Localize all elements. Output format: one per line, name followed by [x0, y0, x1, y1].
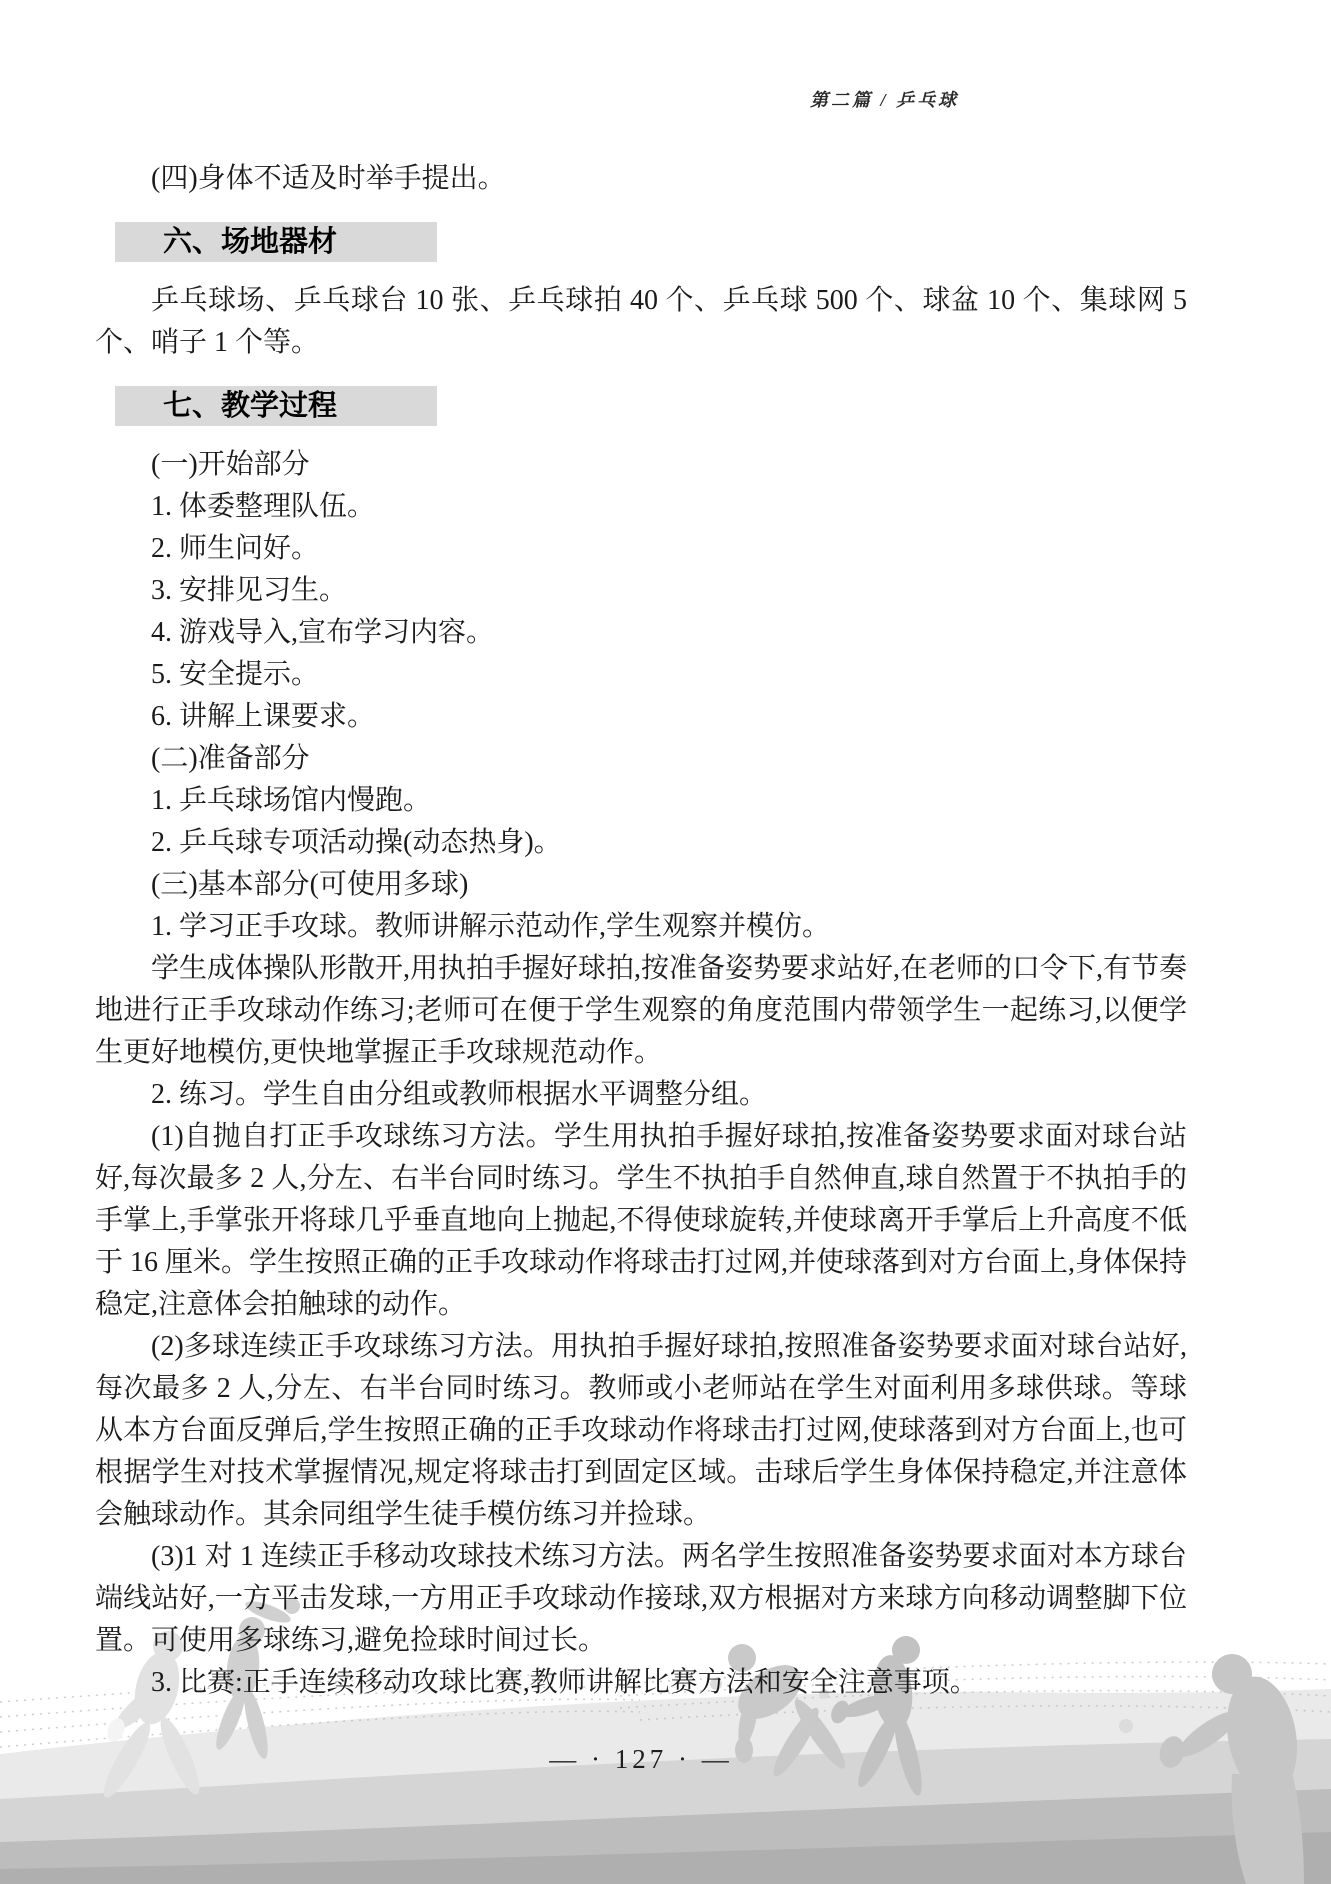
paragraph: 2. 练习。学生自由分组或教师根据水平调整分组。 — [95, 1074, 1187, 1116]
paragraph: 3. 比赛:正手连续移动攻球比赛,教师讲解比赛方法和安全注意事项。 — [95, 1662, 1187, 1704]
paragraph: (3)1 对 1 连续正手移动攻球技术练习方法。两名学生按照准备姿势要求面对本方… — [95, 1536, 1187, 1662]
page-body: (四)身体不适及时举手提出。 六、场地器材 乒乓球场、乒乓球台 10 张、乒乓球… — [95, 148, 1187, 1704]
paragraph: (二)准备部分 — [95, 738, 1187, 780]
paragraph: 学生成体操队形散开,用执拍手握好球拍,按准备姿势要求站好,在老师的口令下,有节奏… — [95, 948, 1187, 1074]
paragraph: 3. 安排见习生。 — [95, 570, 1187, 612]
paragraph: 6. 讲解上课要求。 — [95, 696, 1187, 738]
paragraph: (一)开始部分 — [95, 444, 1187, 486]
paragraph: 4. 游戏导入,宣布学习内容。 — [95, 612, 1187, 654]
section7-body: (一)开始部分 1. 体委整理队伍。 2. 师生问好。 3. 安排见习生。 4.… — [95, 444, 1187, 1704]
paragraph: 1. 体委整理队伍。 — [95, 486, 1187, 528]
paragraph: 5. 安全提示。 — [95, 654, 1187, 696]
paragraph: (1)自抛自打正手攻球练习方法。学生用执拍手握好球拍,按准备姿势要求面对球台站好… — [95, 1116, 1187, 1326]
paragraph: (四)身体不适及时举手提出。 — [95, 158, 1187, 200]
section-title-teaching-process: 七、教学过程 — [115, 386, 437, 426]
paragraph: 乒乓球场、乒乓球台 10 张、乒乓球拍 40 个、乒乓球 500 个、球盆 10… — [95, 280, 1187, 364]
page-number: — · 127 · — — [95, 1744, 1187, 1775]
paragraph: 1. 学习正手攻球。教师讲解示范动作,学生观察并模仿。 — [95, 906, 1187, 948]
table-tennis-ball-icon — [1119, 1719, 1133, 1733]
player-lower-body — [1232, 1774, 1304, 1884]
paragraph: 2. 乒乓球专项活动操(动态热身)。 — [95, 822, 1187, 864]
section-title-venue-equipment: 六、场地器材 — [115, 222, 437, 262]
document-page: 第二篇 / 乒乓球 (四)身体不适及时举手提出。 六、场地器材 乒乓球场、乒乓球… — [0, 0, 1331, 1884]
paragraph: (三)基本部分(可使用多球) — [95, 864, 1187, 906]
paragraph: 2. 师生问好。 — [95, 528, 1187, 570]
paragraph: (2)多球连续正手攻球练习方法。用执拍手握好球拍,按照准备姿势要求面对球台站好,… — [95, 1326, 1187, 1536]
paragraph: 1. 乒乓球场馆内慢跑。 — [95, 780, 1187, 822]
running-head: 第二篇 / 乒乓球 — [0, 86, 959, 112]
